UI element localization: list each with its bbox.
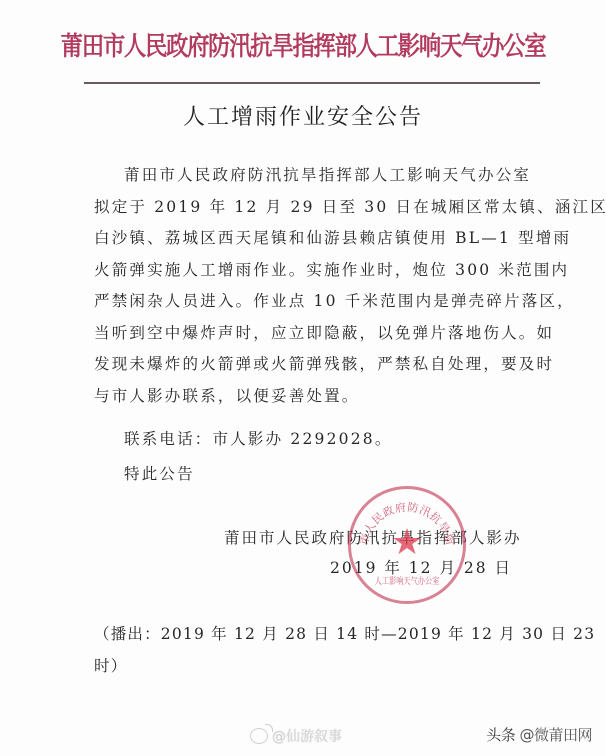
body-line: 拟定于 2019 年 12 月 29 日至 30 日在城厢区常太镇、涵江区: [94, 192, 534, 224]
broadcast-line: （播出：2019 年 12 月 28 日 14 时—2019 年 12 月 30…: [94, 618, 564, 650]
weibo-handle: @仙游叙事: [272, 726, 342, 746]
body-line: 当听到空中爆炸声时，应立即隐蔽，以免弹片落地伤人。如: [94, 318, 534, 350]
notice-page: 莆田市人民政府防汛抗旱指挥部人工影响天气办公室 人工增雨作业安全公告 莆田市人民…: [0, 0, 606, 756]
issuer-masthead: 莆田市人民政府防汛抗旱指挥部人工影响天气办公室: [42, 26, 563, 63]
body-line: 白沙镇、荔城区西天尾镇和仙游县赖店镇使用 BL—1 型增雨: [94, 223, 534, 255]
body-line: 火箭弹实施人工增雨作业。实施作业时，炮位 300 米范围内: [94, 255, 534, 287]
weibo-watermark: @仙游叙事: [250, 726, 342, 746]
toutiao-watermark: 头条 @微莆田网: [486, 724, 592, 745]
body-line: 严禁闲杂人员进入。作业点 10 千米范围内是弹壳碎片落区，: [94, 286, 534, 318]
seal-bottom-text: 人工影响天气办公室: [362, 574, 452, 587]
body-line: 莆田市人民政府防汛抗旱指挥部人工影响天气办公室: [94, 160, 534, 192]
masthead-divider: [84, 82, 540, 84]
toutiao-handle: @微莆田网: [519, 726, 592, 744]
official-seal: 莆田市人民政府防汛抗旱指挥部 ★ 人工影响天气办公室: [348, 486, 466, 604]
contact-phone: 联系电话：市人影办 2292028。: [124, 427, 393, 449]
body-line: 发现未爆炸的火箭弹或火箭弹残骸，严禁私自处理，要及时: [94, 349, 534, 381]
weibo-icon: [250, 728, 268, 744]
notice-body: 莆田市人民政府防汛抗旱指挥部人工影响天气办公室 拟定于 2019 年 12 月 …: [94, 160, 534, 412]
star-icon: ★: [391, 525, 423, 561]
toutiao-prefix: 头条: [486, 726, 515, 744]
body-line: 与市人影办联系，以便妥善处置。: [94, 381, 534, 413]
broadcast-line: 时）: [94, 650, 564, 682]
broadcast-period: （播出：2019 年 12 月 28 日 14 时—2019 年 12 月 30…: [94, 618, 564, 682]
closing-remark: 特此公告: [124, 462, 195, 484]
document-title: 人工增雨作业安全公告: [0, 100, 606, 131]
